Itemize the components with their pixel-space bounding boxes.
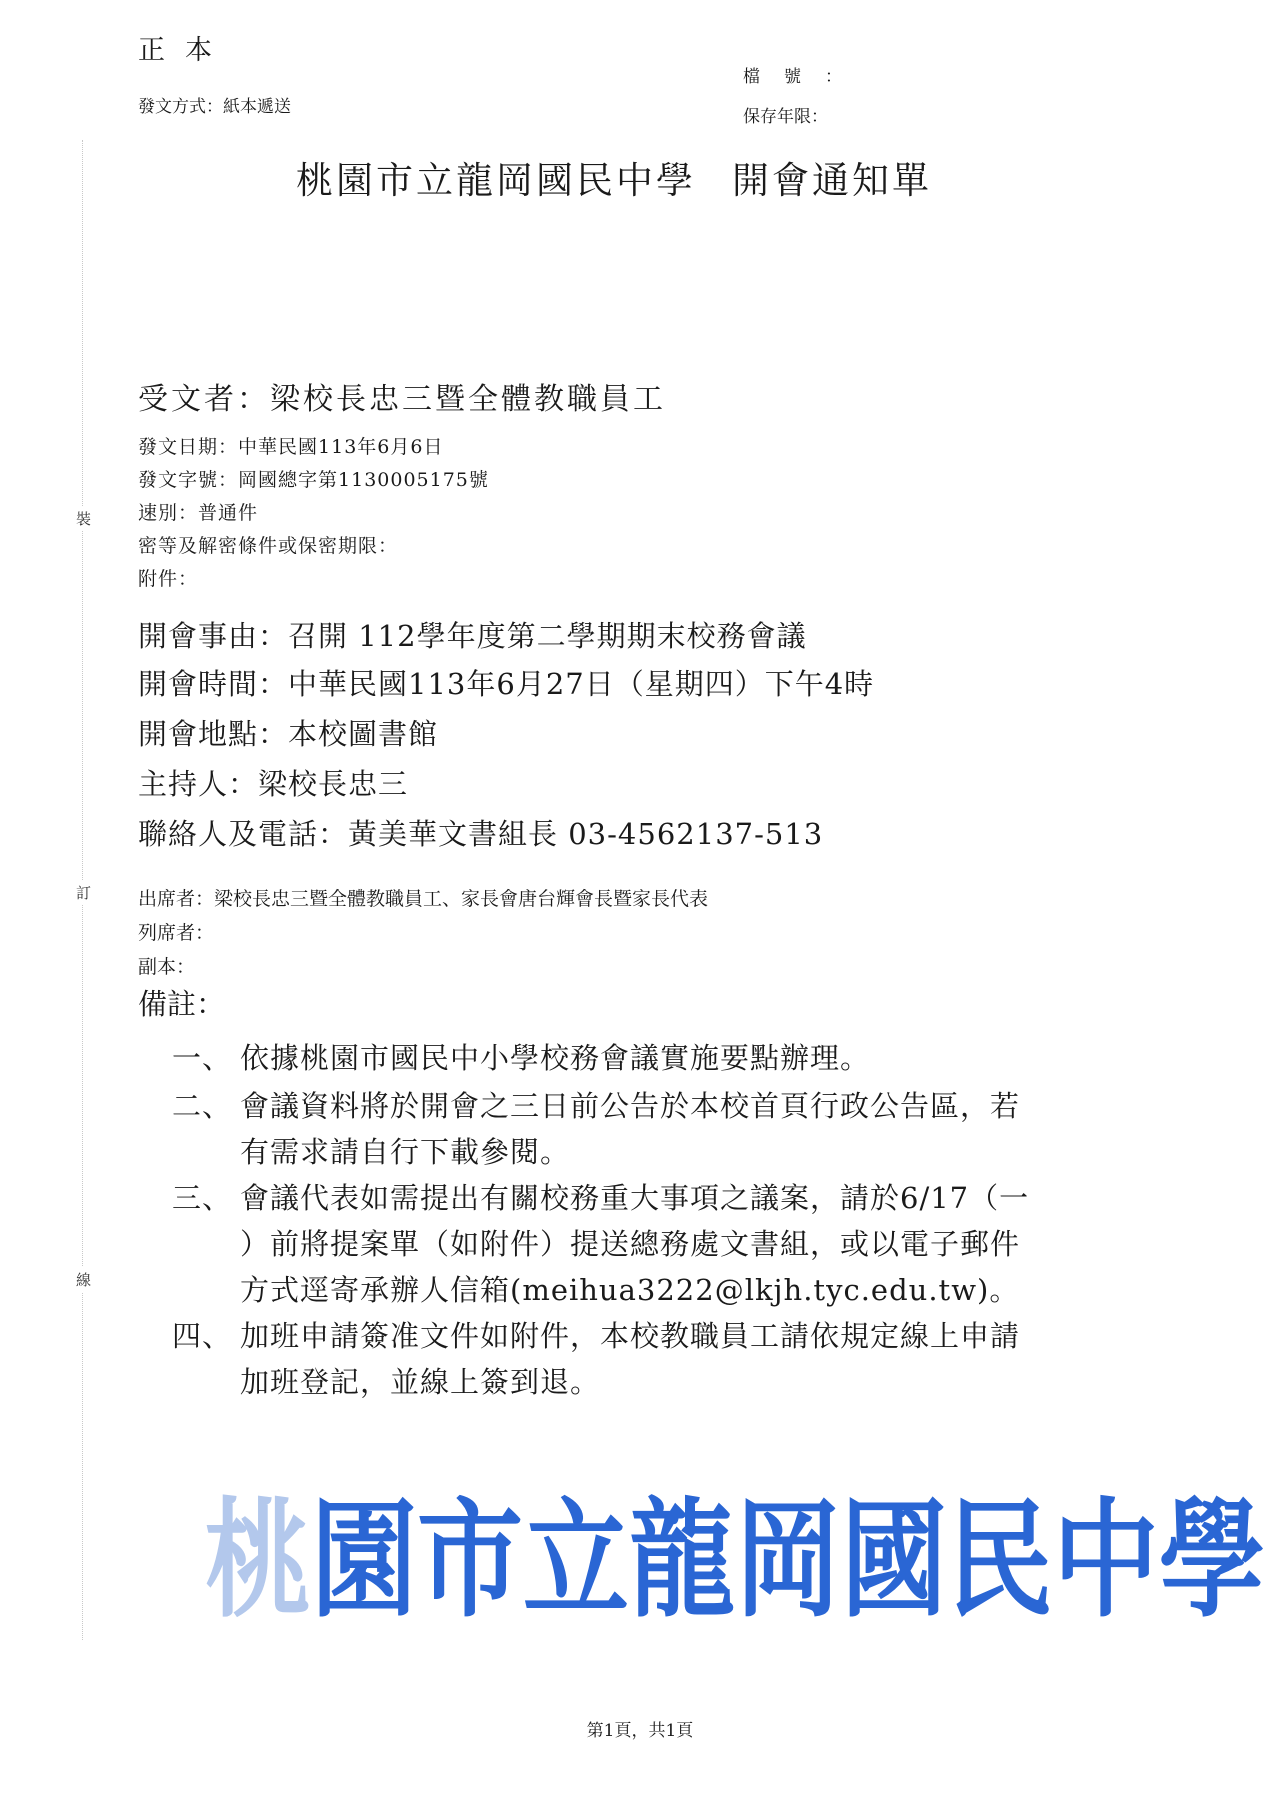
document-title: 桃園市立龍岡國民中學開會通知單 (296, 150, 932, 204)
attendees-value: 梁校長忠三暨全體教職員工、家長會唐台輝會長暨家長代表 (214, 888, 708, 910)
attendees-label: 出席者： (138, 888, 214, 910)
meeting-reason-value: 召開 112學年度第二學期期末校務會議 (288, 619, 807, 653)
meta-label: 密等及解密條件或保密期限： (138, 535, 398, 557)
binding-mark-ding: 訂 (76, 880, 91, 905)
stamp-char: 龍 (629, 1459, 735, 1641)
meeting-location: 開會地點：本校圖書館 (138, 712, 438, 753)
send-method-value: 紙本遞送 (223, 97, 291, 117)
meta-label: 發文日期： (138, 436, 238, 458)
remark-number: 二、 (172, 1084, 240, 1125)
remark-number: 一、 (172, 1036, 240, 1077)
send-method-label: 發文方式： (138, 97, 223, 117)
meeting-contact-value: 黃美華文書組長 03-4562137-513 (348, 817, 823, 851)
file-number-label: 檔號 (743, 67, 825, 87)
meeting-contact-label: 聯絡人及電話： (138, 817, 348, 851)
meta-value: 中華民國113年6月6日 (238, 436, 443, 458)
meta-classification: 密等及解密條件或保密期限： (138, 531, 398, 558)
stamp-char: 民 (947, 1459, 1053, 1641)
school-name: 桃園市立龍岡國民中學 (296, 159, 696, 202)
remark-item-4-cont: 加班登記，並線上簽到退。 (240, 1360, 600, 1401)
meta-label: 速別： (138, 502, 198, 524)
meeting-location-label: 開會地點： (138, 717, 288, 751)
remark-item-3-cont-1: ）前將提案單（如附件）提送總務處文書組，或以電子郵件 (240, 1222, 1020, 1263)
meeting-host-value: 梁校長忠三 (258, 767, 408, 801)
stamp-char: 桃 (205, 1459, 311, 1641)
remarks-title: 備註： (138, 982, 225, 1023)
meta-priority: 速別：普通件 (138, 498, 258, 525)
observers: 列席者： (138, 918, 214, 945)
recipient: 受文者：梁校長忠三暨全體教職員工 (138, 374, 666, 418)
stamp-char: 立 (523, 1459, 629, 1641)
remark-item-2-cont: 有需求請自行下載參閱。 (240, 1130, 570, 1171)
file-number: 檔號： (743, 62, 842, 87)
meeting-host-label: 主持人： (138, 767, 258, 801)
remark-item-3: 三、會議代表如需提出有關校務重大事項之議案，請於6/17（一 (172, 1176, 1029, 1217)
original-copy-mark: 正本 (138, 28, 232, 67)
school-seal-stamp: 桃 園 市 立 龍 岡 國 民 中 學 (205, 1465, 995, 1635)
retention-period: 保存年限： (743, 102, 828, 127)
file-number-colon: ： (825, 67, 842, 87)
meta-value: 岡國總字第1130005175號 (238, 469, 489, 491)
page-number: 第1頁，共1頁 (0, 1716, 1280, 1741)
remark-text: 加班申請簽准文件如附件，本校教職員工請依規定線上申請 (240, 1319, 1020, 1353)
remark-number: 四、 (172, 1314, 240, 1355)
meeting-time-value: 中華民國113年6月27日（星期四）下午4時 (288, 667, 874, 701)
send-method: 發文方式：紙本遞送 (138, 92, 291, 117)
meeting-time: 開會時間：中華民國113年6月27日（星期四）下午4時 (138, 662, 874, 703)
copies: 副本： (138, 952, 195, 979)
binding-mark-xian: 線 (76, 1267, 91, 1292)
meeting-reason-label: 開會事由： (138, 619, 288, 653)
meta-label: 發文字號： (138, 469, 238, 491)
remark-text: 依據桃園市國民中小學校務會議實施要點辦理。 (240, 1041, 870, 1075)
meta-label: 附件： (138, 568, 198, 590)
binding-mark-zhuang: 裝 (76, 506, 91, 531)
remark-item-2: 二、會議資料將於開會之三日前公告於本校首頁行政公告區，若 (172, 1084, 1020, 1125)
meta-doc-number: 發文字號：岡國總字第1130005175號 (138, 465, 489, 492)
remark-number: 三、 (172, 1176, 240, 1217)
attendees: 出席者：梁校長忠三暨全體教職員工、家長會唐台輝會長暨家長代表 (138, 884, 708, 911)
stamp-char: 市 (417, 1459, 523, 1641)
meta-attachments: 附件： (138, 564, 198, 591)
recipient-label: 受文者： (138, 382, 270, 417)
stamp-char: 國 (841, 1459, 947, 1641)
meta-value: 普通件 (198, 502, 258, 524)
meta-issue-date: 發文日期：中華民國113年6月6日 (138, 432, 443, 459)
meeting-host: 主持人：梁校長忠三 (138, 762, 408, 803)
meeting-contact: 聯絡人及電話：黃美華文書組長 03-4562137-513 (138, 812, 823, 853)
meeting-reason: 開會事由：召開 112學年度第二學期期末校務會議 (138, 614, 807, 655)
recipient-value: 梁校長忠三暨全體教職員工 (270, 382, 666, 417)
remark-item-3-cont-2: 方式逕寄承辦人信箱(meihua3222@lkjh.tyc.edu.tw)。 (240, 1268, 1019, 1309)
remark-text: 會議代表如需提出有關校務重大事項之議案，請於6/17（一 (240, 1181, 1029, 1215)
meeting-time-label: 開會時間： (138, 667, 288, 701)
remark-item-4: 四、加班申請簽准文件如附件，本校教職員工請依規定線上申請 (172, 1314, 1020, 1355)
stamp-char: 中 (1053, 1459, 1159, 1641)
meeting-location-value: 本校圖書館 (288, 717, 438, 751)
stamp-char: 園 (311, 1459, 417, 1641)
stamp-char: 岡 (735, 1459, 841, 1641)
remark-text: 會議資料將於開會之三日前公告於本校首頁行政公告區，若 (240, 1089, 1020, 1123)
stamp-char: 學 (1159, 1459, 1265, 1641)
remark-item-1: 一、依據桃園市國民中小學校務會議實施要點辦理。 (172, 1036, 870, 1077)
document-type: 開會通知單 (732, 159, 932, 202)
